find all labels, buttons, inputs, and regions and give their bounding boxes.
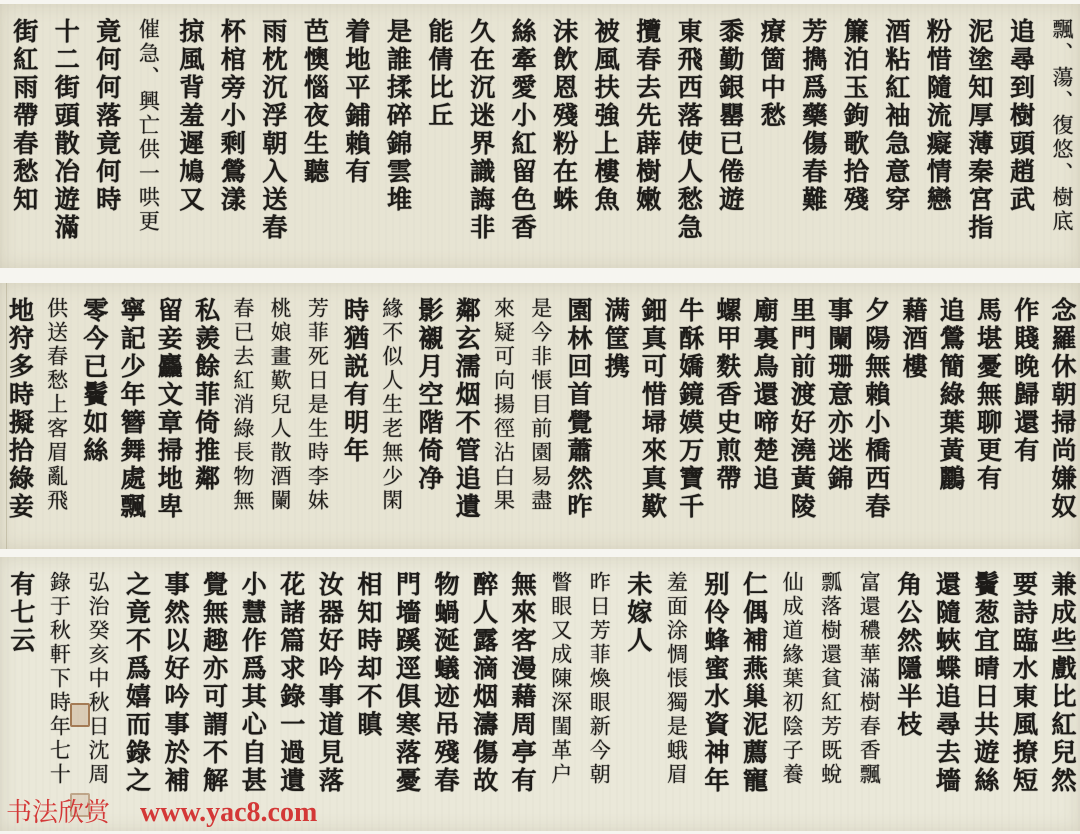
- calligraphy-column: 街紅雨帶春愁知: [0, 4, 42, 268]
- calligraphy-column: 鈿真可惜埽來真歎: [633, 283, 670, 547]
- calligraphy-column: 是誰揉碎錦雲堆: [374, 4, 416, 268]
- calligraphy-column: 别伶蜂蜜水資神年: [694, 557, 733, 821]
- calligraphy-column: 東飛西落使人愁急: [665, 4, 707, 268]
- calligraphy-column: 未嫁人: [617, 557, 656, 821]
- calligraphy-column: 竟何何落竟何時: [83, 4, 125, 268]
- calligraphy-column: 供送春愁上客眉亂飛: [37, 283, 74, 547]
- calligraphy-column: 酒粘紅袖急意穿: [872, 4, 914, 268]
- calligraphy-column: 泥塗知厚薄秦宮指: [955, 4, 997, 268]
- calligraphy-column: 黍勤銀罌已倦遊: [706, 4, 748, 268]
- calligraphy-column: 久在沉迷界識誨非: [457, 4, 499, 268]
- calligraphy-column: 要詩臨水東風撩短: [1003, 557, 1042, 821]
- calligraphy-column: 影襯月空階倚净: [410, 283, 447, 547]
- calligraphy-column: 螺甲麩香史煎帶: [708, 283, 745, 547]
- calligraphy-column: 粉惜隨流癡情戀: [914, 4, 956, 268]
- calligraphy-column: 仁偶補燕巢泥薦寵: [733, 557, 772, 821]
- red-seal-stamp: [70, 703, 90, 727]
- calligraphy-columns: 念羅休朝掃尚嫌奴作賤晚歸還有馬堪憂無聊更有追鶯簡綠葉黃鸝藉酒樓夕陽無賴小橋西春事…: [0, 283, 1080, 549]
- calligraphy-column: 時猶説有明年: [335, 283, 372, 547]
- calligraphy-column: 追尋到樹頭趙武: [997, 4, 1039, 268]
- calligraphy-columns: 兼成些戲比紅兒然要詩臨水東風撩短鬢葱宜晴日共遊絲還隨蛺蝶追尋去墻角公然隱半枝富還…: [0, 557, 1080, 831]
- calligraphy-column: 留妾麤文章掃地卑: [149, 283, 186, 547]
- calligraphy-column: 昨日芳菲煥眼新今朝: [579, 557, 618, 821]
- calligraphy-column: 夕陽無賴小橋西春: [857, 283, 894, 547]
- calligraphy-column: 花諸篇求錄一過遺: [270, 557, 309, 821]
- calligraphy-column: 十二街頭散冶遊滿: [42, 4, 84, 268]
- calligraphy-columns: 飄、蕩、復悠、樹底追尋到樹頭趙武泥塗知厚薄秦宮指粉惜隨流癡情戀酒粘紅袖急意穿簾泊…: [0, 4, 1080, 268]
- calligraphy-column: 事然以好吟事於補: [155, 557, 194, 821]
- calligraphy-column: 物蝸涎蟻迹吊殘春: [424, 557, 463, 821]
- calligraphy-column: 之竟不爲嬉而錄之: [116, 557, 155, 821]
- calligraphy-column: 催急、興亡供一哄更: [125, 4, 167, 268]
- calligraphy-column: 飄、蕩、復悠、樹底: [1038, 4, 1080, 268]
- calligraphy-column: 私羨餘菲倚推鄰: [186, 283, 223, 547]
- calligraphy-column: 着地平鋪賴有: [332, 4, 374, 268]
- calligraphy-column: 春已去紅消綠長物無: [224, 283, 261, 547]
- calligraphy-column: 沫飲恩殘粉在蛛: [540, 4, 582, 268]
- calligraphy-column: 鄰玄濡烟不管追遺: [447, 283, 484, 547]
- scroll-segment-3: 兼成些戲比紅兒然要詩臨水東風撩短鬢葱宜晴日共遊絲還隨蛺蝶追尋去墻角公然隱半枝富還…: [0, 557, 1080, 831]
- watermark-title: 书法欣赏: [6, 798, 110, 828]
- calligraphy-column: 絲牽愛小紅留色香: [499, 4, 541, 268]
- calligraphy-column: 杯棺旁小剩鶯漾: [208, 4, 250, 268]
- calligraphy-column: 芳菲死日是生時李妹: [298, 283, 335, 547]
- calligraphy-column: 富還穠華滿樹春香飄: [849, 557, 888, 821]
- calligraphy-column: 攬春去先薜樹嫩: [623, 4, 665, 268]
- calligraphy-column: 兼成些戲比紅兒然: [1041, 557, 1080, 821]
- calligraphy-column: 錄于秋軒下時年七十: [39, 557, 78, 821]
- site-watermark: 书法欣赏www.yac8.com: [6, 792, 317, 829]
- calligraphy-column: 藉酒樓: [894, 283, 931, 547]
- calligraphy-column: 簾泊玉鉤歌拾殘: [831, 4, 873, 268]
- calligraphy-column: 仙成道緣葉初陰子養: [772, 557, 811, 821]
- calligraphy-column: 零今已鬢如絲: [75, 283, 112, 547]
- calligraphy-column: 是今非悵目前園易盡: [521, 283, 558, 547]
- calligraphy-column: 满筐携: [596, 283, 633, 547]
- calligraphy-column: 小慧作爲其心自甚: [232, 557, 271, 821]
- calligraphy-column: 羞面涂惆悵獨是蛾眉: [656, 557, 695, 821]
- calligraphy-column: 牛酥嬌鏡嫫万寶千: [670, 283, 707, 547]
- calligraphy-column: 能倩比丘: [416, 4, 458, 268]
- calligraphy-column: 門墻蹊逕俱寒落憂: [386, 557, 425, 821]
- calligraphy-column: 被風扶強上樓魚: [582, 4, 624, 268]
- calligraphy-column: 廟裏鳥還啼楚追: [745, 283, 782, 547]
- calligraphy-column: 還隨蛺蝶追尋去墻: [926, 557, 965, 821]
- calligraphy-column: 醉人露滴烟濤傷故: [463, 557, 502, 821]
- calligraphy-column: 地狩多時擬拾綠妾: [0, 283, 37, 547]
- calligraphy-column: 相知時却不瞋: [347, 557, 386, 821]
- calligraphy-column: 事闌珊意亦迷錦: [819, 283, 856, 547]
- calligraphy-column: 馬堪憂無聊更有: [968, 283, 1005, 547]
- calligraphy-column: 芭懊惱夜生聽: [291, 4, 333, 268]
- calligraphy-column: 桃娘畫歎兒人散酒闌: [261, 283, 298, 547]
- calligraphy-column: 汝器好吟事道見落: [309, 557, 348, 821]
- calligraphy-column: 無來客漫藉周亭有: [502, 557, 541, 821]
- calligraphy-column: 芳擕爲藥傷春難: [789, 4, 831, 268]
- calligraphy-column: 寧記少年簪舞處飄: [112, 283, 149, 547]
- calligraphy-column: 瞥眼又成陳深閨革户: [540, 557, 579, 821]
- watermark-url: www.yac8.com: [140, 797, 317, 828]
- calligraphy-column: 療箇中愁: [748, 4, 790, 268]
- scroll-segment-2: 念羅休朝掃尚嫌奴作賤晚歸還有馬堪憂無聊更有追鶯簡綠葉黃鸝藉酒樓夕陽無賴小橋西春事…: [0, 283, 1080, 549]
- calligraphy-column: 掠風背羞遲鳩又: [166, 4, 208, 268]
- calligraphy-column: 有七云: [0, 557, 39, 821]
- calligraphy-column: 作賤晚歸還有: [1006, 283, 1043, 547]
- calligraphy-column: 來疑可向揚徑沾白果: [484, 283, 521, 547]
- calligraphy-column: 弘治癸亥中秋日沈周: [77, 557, 116, 821]
- calligraphy-column: 覺無趣亦可謂不解: [193, 557, 232, 821]
- calligraphy-column: 角公然隱半枝: [887, 557, 926, 821]
- calligraphy-column: 雨枕沉浮朝入送春: [249, 4, 291, 268]
- calligraphy-column: 鬢葱宜晴日共遊絲: [964, 557, 1003, 821]
- calligraphy-column: 緣不似人生老無少閑: [373, 283, 410, 547]
- calligraphy-column: 園林回首覺蕭然昨: [559, 283, 596, 547]
- calligraphy-column: 瓢落樹還貧紅芳既蛻: [810, 557, 849, 821]
- scroll-segment-1: 飄、蕩、復悠、樹底追尋到樹頭趙武泥塗知厚薄秦宮指粉惜隨流癡情戀酒粘紅袖急意穿簾泊…: [0, 4, 1080, 268]
- calligraphy-column: 念羅休朝掃尚嫌奴: [1043, 283, 1080, 547]
- calligraphy-column: 里門前渡好澆黃陵: [782, 283, 819, 547]
- calligraphy-column: 追鶯簡綠葉黃鸝: [931, 283, 968, 547]
